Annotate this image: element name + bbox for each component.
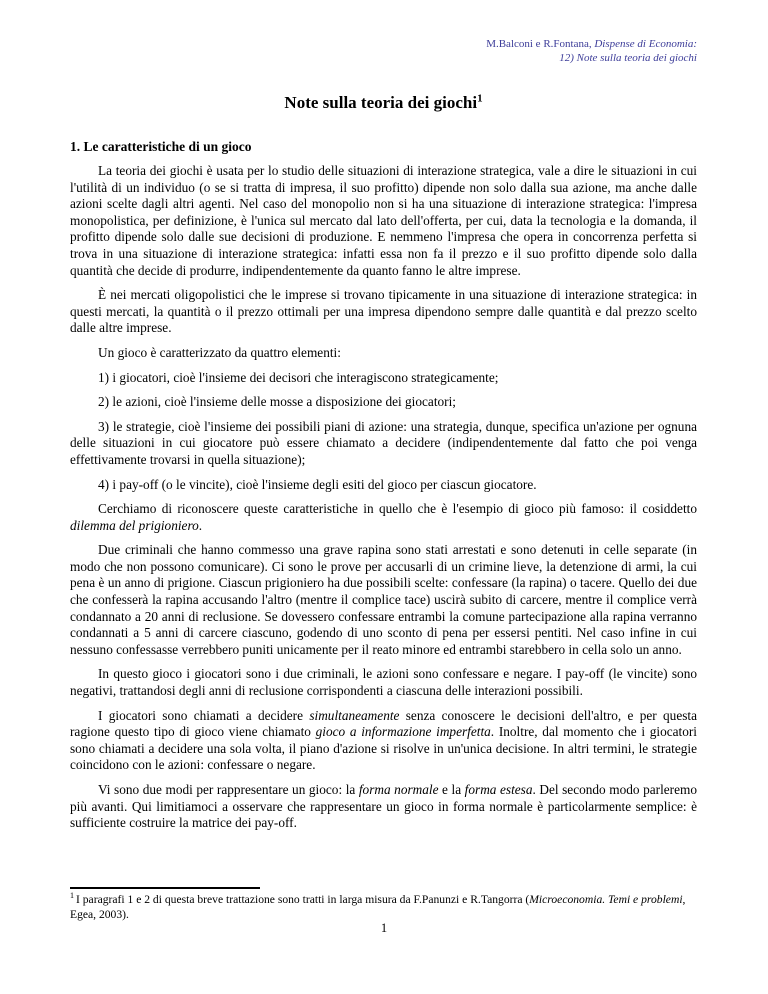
text-run: I paragrafi 1 e 2 di questa breve tratta… <box>76 893 529 906</box>
page-title-text: Note sulla teoria dei giochi <box>284 93 477 112</box>
footnote-rule <box>70 887 260 889</box>
text-run: Vi sono due modi per rappresentare un gi… <box>98 782 359 797</box>
paragraph: 4) i pay-off (o le vincite), cioè l'insi… <box>70 477 697 494</box>
paragraph: Due criminali che hanno commesso una gra… <box>70 542 697 658</box>
italic-text-run: Microeconomia. Temi e problemi <box>529 893 682 906</box>
italic-text-run: forma estesa <box>465 782 533 797</box>
text-run: È nei mercati oligopolistici che le impr… <box>70 287 697 335</box>
footnote-text: 1I paragrafi 1 e 2 di questa breve tratt… <box>70 893 697 922</box>
italic-text-run: simultaneamente <box>309 708 399 723</box>
paragraph: 1) i giocatori, cioè l'insieme dei decis… <box>70 370 697 387</box>
italic-text-run: dilemma del prigioniero <box>70 518 199 533</box>
header-line-2: 12) Note sulla teoria dei giochi <box>70 52 697 66</box>
italic-text-run: forma normale <box>359 782 439 797</box>
text-run: I giocatori sono chiamati a decidere <box>98 708 309 723</box>
header-series-title: Dispense di Economia: <box>594 38 697 50</box>
page-number: 1 <box>0 921 768 936</box>
header-line-1: M.Balconi e R.Fontana, Dispense di Econo… <box>70 38 697 52</box>
text-run: La teoria dei giochi è usata per lo stud… <box>70 163 697 278</box>
title-footnote-ref: 1 <box>477 92 483 104</box>
document-page: M.Balconi e R.Fontana, Dispense di Econo… <box>0 0 768 994</box>
text-run: Due criminali che hanno commesso una gra… <box>70 542 697 657</box>
footnote-ref-marker: 1 <box>70 891 74 900</box>
text-run: Un gioco è caratterizzato da quattro ele… <box>98 345 341 360</box>
paragraph: Vi sono due modi per rappresentare un gi… <box>70 782 697 832</box>
paragraph: È nei mercati oligopolistici che le impr… <box>70 287 697 337</box>
page-title: Note sulla teoria dei giochi1 <box>70 93 697 113</box>
text-run: e la <box>439 782 465 797</box>
text-run: In questo gioco i giocatori sono i due c… <box>70 666 697 698</box>
paragraph: Cerchiamo di riconoscere queste caratter… <box>70 501 697 534</box>
text-run: 3) le strategie, cioè l'insieme dei poss… <box>70 419 697 467</box>
text-run: 1) i giocatori, cioè l'insieme dei decis… <box>98 370 498 385</box>
footnote-area: 1I paragrafi 1 e 2 di questa breve tratt… <box>70 887 697 922</box>
text-run: Cerchiamo di riconoscere queste caratter… <box>98 501 697 516</box>
document-body: La teoria dei giochi è usata per lo stud… <box>70 163 697 832</box>
page-header: M.Balconi e R.Fontana, Dispense di Econo… <box>70 38 697 65</box>
paragraph: La teoria dei giochi è usata per lo stud… <box>70 163 697 279</box>
paragraph: 2) le azioni, cioè l'insieme delle mosse… <box>70 394 697 411</box>
text-run: . <box>199 518 202 533</box>
paragraph: I giocatori sono chiamati a decidere sim… <box>70 708 697 774</box>
italic-text-run: gioco a informazione imperfetta <box>316 724 491 739</box>
paragraph: In questo gioco i giocatori sono i due c… <box>70 666 697 699</box>
section-heading: 1. Le caratteristiche di un gioco <box>70 138 697 155</box>
text-run: 2) le azioni, cioè l'insieme delle mosse… <box>98 394 456 409</box>
paragraph: 3) le strategie, cioè l'insieme dei poss… <box>70 419 697 469</box>
paragraph: Un gioco è caratterizzato da quattro ele… <box>70 345 697 362</box>
text-run: 4) i pay-off (o le vincite), cioè l'insi… <box>98 477 537 492</box>
header-authors: M.Balconi e R.Fontana, <box>486 38 594 50</box>
